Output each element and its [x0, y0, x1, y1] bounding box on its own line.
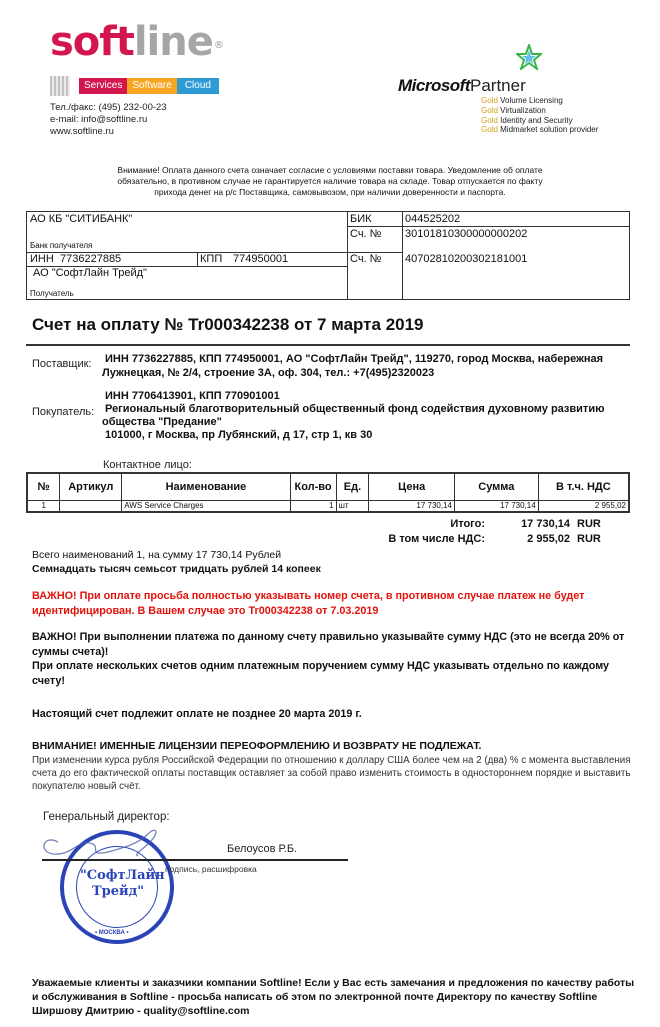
- total-label: Итого:: [400, 518, 485, 530]
- kpp-label: КПП: [200, 253, 222, 265]
- total-currency: RUR: [577, 518, 601, 530]
- table-header-row: № Артикул Наименование Кол-во Ед. Цена С…: [27, 473, 629, 500]
- cell-name: AWS Service Charges: [122, 500, 290, 512]
- signature-line: [42, 859, 348, 861]
- competency-item: Gold Identity and Security: [481, 116, 598, 126]
- vat-total-currency: RUR: [577, 533, 601, 545]
- cell-unit: шт: [336, 500, 369, 512]
- col-header-price: Цена: [369, 473, 455, 500]
- cell-article: [60, 500, 122, 512]
- items-table: № Артикул Наименование Кол-во Ед. Цена С…: [26, 472, 630, 513]
- buyer-label: Покупатель:: [32, 406, 94, 418]
- microsoft-partner-title: MicrosoftPartner: [398, 76, 526, 96]
- buyer-line-1: ИНН 7706413901, КПП 770901001: [105, 389, 280, 403]
- table-row: 1 AWS Service Charges 1 шт 17 730,14 17 …: [27, 500, 629, 512]
- director-role-label: Генеральный директор:: [43, 811, 170, 823]
- stamp-text: "СофтЛайн Трейд": [80, 868, 156, 900]
- important-vat-notice: ВАЖНО! При выполнении платежа по данному…: [32, 630, 632, 659]
- bik-value: 044525202: [405, 213, 460, 225]
- corr-account-label: Сч. №: [350, 228, 381, 240]
- col-header-vat: В т.ч. НДС: [538, 473, 629, 500]
- col-header-unit: Ед.: [336, 473, 369, 500]
- bank-label: Банк получателя: [30, 241, 92, 250]
- inn-value: 7736227885: [60, 253, 121, 265]
- vat-total-label: В том числе НДС:: [370, 533, 485, 545]
- cell-num: 1: [27, 500, 60, 512]
- contact-website: www.softline.ru: [50, 126, 167, 138]
- bank-details-table: АО КБ "СИТИБАНК" Банк получателя ИНН 773…: [26, 211, 630, 300]
- col-header-num: №: [27, 473, 60, 500]
- contact-email: e-mail: info@softline.ru: [50, 114, 167, 126]
- col-header-qty: Кол-во: [290, 473, 336, 500]
- supplier-line-2: Лужнецкая, № 2/4, строение 3А, оф. 304, …: [102, 366, 434, 380]
- currency-clause: При изменении курса рубля Российской Фед…: [32, 754, 632, 793]
- tag-services: Services: [79, 78, 127, 94]
- payment-notice: Внимание! Оплата данного счета означает …: [100, 165, 560, 198]
- corr-account-value: 30101810300000000202: [405, 228, 527, 240]
- competency-item: Gold Volume Licensing: [481, 96, 598, 106]
- kpp-value: 774950001: [233, 253, 288, 265]
- items-summary: Всего наименований 1, на сумму 17 730,14…: [32, 549, 281, 562]
- recipient-label: Получатель: [30, 289, 74, 298]
- col-header-article: Артикул: [60, 473, 122, 500]
- cell-price: 17 730,14: [369, 500, 455, 512]
- inn-label: ИНН: [30, 253, 54, 265]
- signature-caption: подпись, расшифровка: [165, 864, 257, 874]
- cell-vat: 2 955,02: [538, 500, 629, 512]
- col-header-sum: Сумма: [455, 473, 539, 500]
- service-tags: Services Software Cloud: [79, 78, 219, 94]
- qr-code-icon: [50, 76, 70, 96]
- payment-due-date: Настоящий счет подлежит оплате не поздне…: [32, 707, 362, 722]
- partner-competencies: Gold Volume Licensing Gold Virtualizatio…: [481, 96, 598, 135]
- col-header-name: Наименование: [122, 473, 290, 500]
- competency-item: Gold Virtualization: [481, 106, 598, 116]
- invoice-title: Счет на оплату № Tr000342238 от 7 марта …: [32, 315, 424, 335]
- competency-item: Gold Midmarket solution provider: [481, 125, 598, 135]
- licenses-warning: ВНИМАНИЕ! ИМЕННЫЕ ЛИЦЕНЗИИ ПЕРЕОФОРМЛЕНИ…: [32, 740, 481, 753]
- tag-cloud: Cloud: [177, 78, 219, 94]
- supplier-label: Поставщик:: [32, 358, 91, 370]
- buyer-line-4: 101000, г Москва, пр Лубянский, д 17, ст…: [105, 428, 372, 442]
- vat-total-value: 2 955,02: [495, 533, 570, 545]
- bank-name: АО КБ "СИТИБАНК": [30, 213, 132, 225]
- stamp-city: • МОСКВА •: [95, 930, 129, 936]
- multi-invoice-vat-notice: При оплате нескольких счетов одним плате…: [32, 659, 622, 688]
- account-label: Сч. №: [350, 253, 381, 265]
- title-divider: [26, 344, 630, 346]
- important-invoice-number-notice: ВАЖНО! При оплате просьба полностью указ…: [32, 589, 622, 618]
- softline-logo: softline®: [50, 20, 223, 64]
- supplier-line-1: ИНН 7736227885, КПП 774950001, АО "СофтЛ…: [105, 352, 603, 366]
- cell-qty: 1: [290, 500, 336, 512]
- director-name: Белоусов Р.Б.: [227, 843, 297, 855]
- total-value: 17 730,14: [495, 518, 570, 530]
- contact-phone: Тел./факс: (495) 232-00-23: [50, 102, 167, 114]
- buyer-line-2: Региональный благотворительный обществен…: [105, 402, 604, 416]
- buyer-line-3: общества "Предание": [102, 415, 222, 429]
- tag-software: Software: [127, 78, 176, 94]
- company-contacts: Тел./факс: (495) 232-00-23 e-mail: info@…: [50, 102, 167, 138]
- contact-person-label: Контактное лицо:: [103, 459, 192, 471]
- quality-feedback-footer: Уважаемые клиенты и заказчики компании S…: [32, 976, 637, 1018]
- amount-in-words: Семнадцать тысяч семьсот тридцать рублей…: [32, 563, 321, 576]
- signature-scribble: [38, 824, 178, 864]
- microsoft-partner-star-icon: [516, 44, 542, 70]
- bik-label: БИК: [350, 213, 372, 225]
- account-value: 40702810200302181001: [405, 253, 527, 265]
- cell-sum: 17 730,14: [455, 500, 539, 512]
- recipient-name: АО "СофтЛайн Трейд": [33, 267, 147, 279]
